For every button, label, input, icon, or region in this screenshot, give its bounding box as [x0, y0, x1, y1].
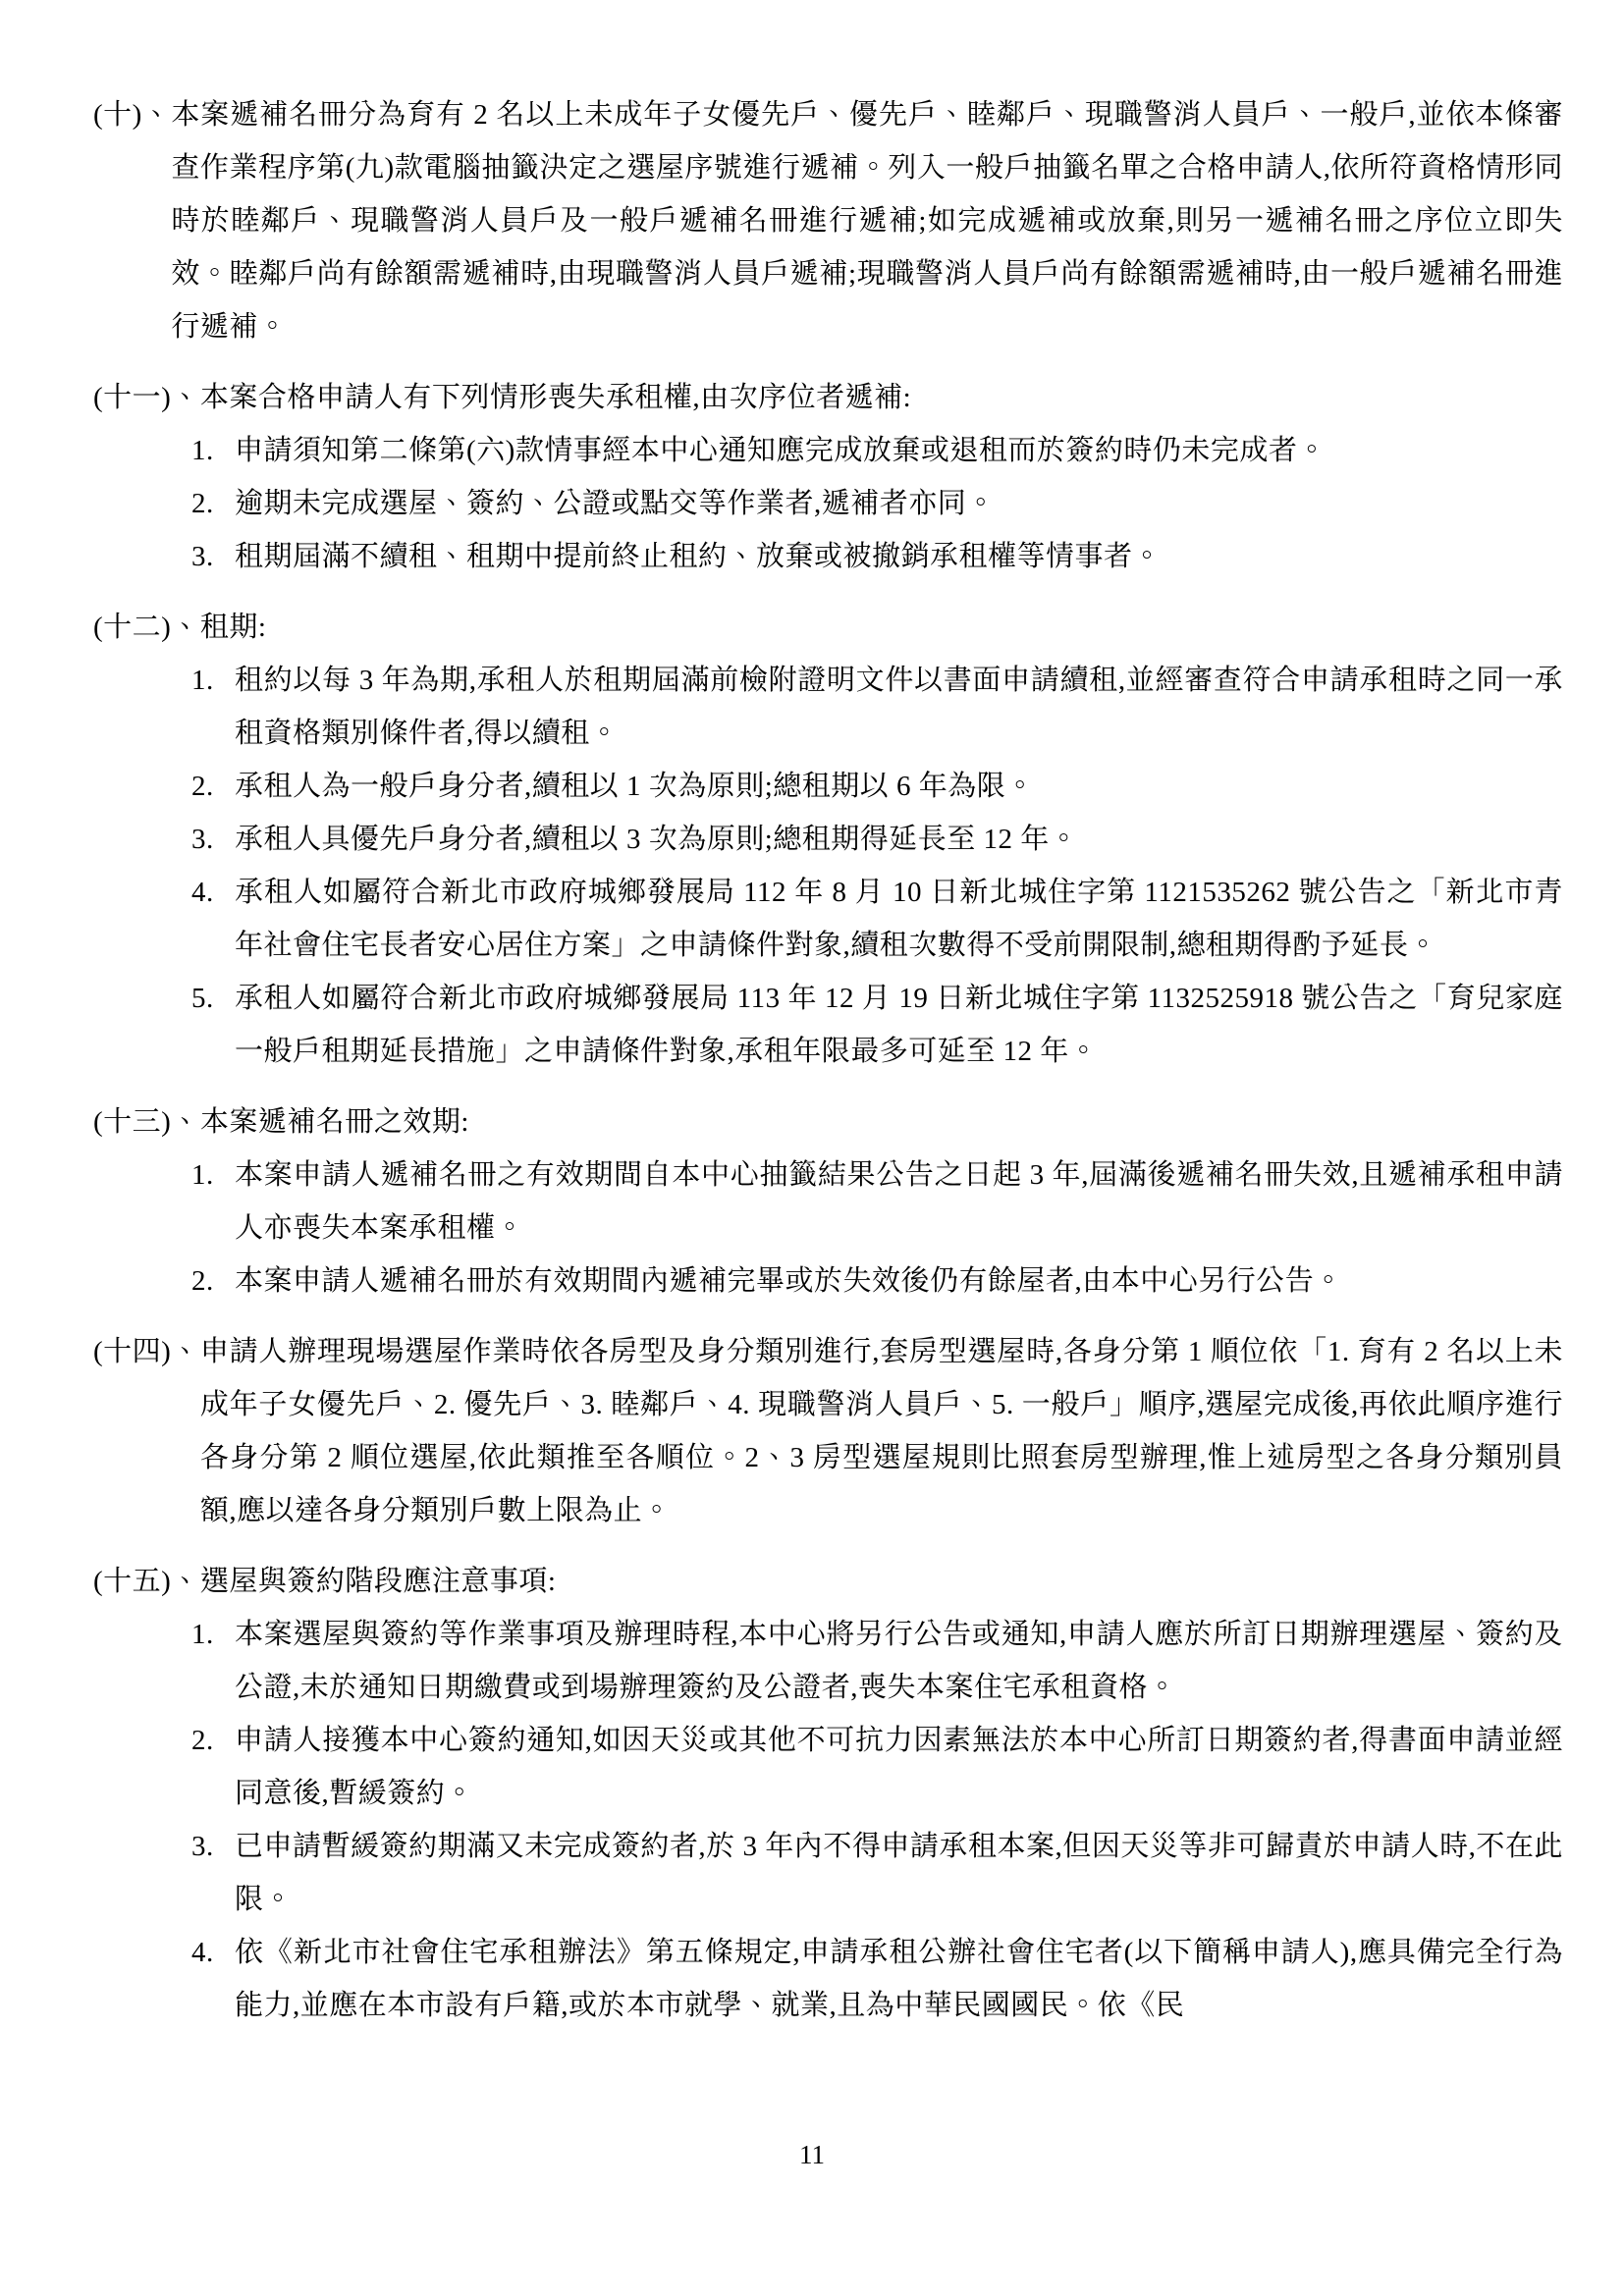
subitem-text: 本案申請人遞補名冊於有效期間內遞補完畢或於失效後仍有餘屋者,由本中心另行公告。	[235, 1255, 1563, 1308]
subitem-text: 申請須知第二條第(六)款情事經本中心通知應完成放棄或退租而於簽約時仍未完成者。	[235, 424, 1563, 477]
subitem-number: 1.	[191, 1148, 235, 1201]
item-text: 申請人辦理現場選屋作業時依各房型及身分類別進行,套房型選屋時,各身分第 1 順位…	[200, 1325, 1563, 1537]
item-label: (十)、	[93, 88, 171, 141]
list-entry: (十四)、 申請人辦理現場選屋作業時依各房型及身分類別進行,套房型選屋時,各身分…	[93, 1325, 1563, 1537]
list-subentry: 2. 承租人為一般戶身分者,續租以 1 次為原則;總租期以 6 年為限。	[93, 760, 1563, 813]
list-subentry: 2. 本案申請人遞補名冊於有效期間內遞補完畢或於失效後仍有餘屋者,由本中心另行公…	[93, 1255, 1563, 1308]
document-page: (十)、 本案遞補名冊分為育有 2 名以上未成年子女優先戶、優先戶、睦鄰戶、現職…	[0, 0, 1624, 2296]
subitem-number: 1.	[191, 424, 235, 477]
item-text: 選屋與簽約階段應注意事項:	[200, 1555, 1563, 1608]
list-subentry: 1. 本案選屋與簽約等作業事項及辦理時程,本中心將另行公告或通知,申請人應於所訂…	[93, 1608, 1563, 1714]
list-subentry: 1. 申請須知第二條第(六)款情事經本中心通知應完成放棄或退租而於簽約時仍未完成…	[93, 424, 1563, 477]
item-text: 租期:	[200, 601, 1563, 654]
subitem-text: 承租人如屬符合新北市政府城鄉發展局 112 年 8 月 10 日新北城住字第 1…	[235, 866, 1563, 972]
page-footer: 11	[0, 2140, 1624, 2169]
list-subentry: 3. 承租人具優先戶身分者,續租以 3 次為原則;總租期得延長至 12 年。	[93, 813, 1563, 866]
subitem-text: 本案申請人遞補名冊之有效期間自本中心抽籤結果公告之日起 3 年,屆滿後遞補名冊失…	[235, 1148, 1563, 1255]
list-subentry: 4. 依《新北市社會住宅承租辦法》第五條規定,申請承租公辦社會住宅者(以下簡稱申…	[93, 1926, 1563, 2032]
subitem-number: 1.	[191, 654, 235, 707]
list-subentry: 3. 租期屆滿不續租、租期中提前終止租約、放棄或被撤銷承租權等情事者。	[93, 530, 1563, 583]
subitem-text: 租約以每 3 年為期,承租人於租期屆滿前檢附證明文件以書面申請續租,並經審查符合…	[235, 654, 1563, 760]
item-label: (十五)、	[93, 1555, 200, 1608]
list-subentry: 1. 本案申請人遞補名冊之有效期間自本中心抽籤結果公告之日起 3 年,屆滿後遞補…	[93, 1148, 1563, 1255]
subitem-number: 2.	[191, 477, 235, 530]
subitem-text: 依《新北市社會住宅承租辦法》第五條規定,申請承租公辦社會住宅者(以下簡稱申請人)…	[235, 1926, 1563, 2032]
subitem-number: 3.	[191, 530, 235, 583]
list-subentry: 1. 租約以每 3 年為期,承租人於租期屆滿前檢附證明文件以書面申請續租,並經審…	[93, 654, 1563, 760]
subitem-text: 承租人為一般戶身分者,續租以 1 次為原則;總租期以 6 年為限。	[235, 760, 1563, 813]
subitem-number: 1.	[191, 1608, 235, 1661]
subitem-text: 租期屆滿不續租、租期中提前終止租約、放棄或被撤銷承租權等情事者。	[235, 530, 1563, 583]
subitem-text: 本案選屋與簽約等作業事項及辦理時程,本中心將另行公告或通知,申請人應於所訂日期辦…	[235, 1608, 1563, 1714]
item-label: (十一)、	[93, 371, 200, 424]
item-text: 本案遞補名冊分為育有 2 名以上未成年子女優先戶、優先戶、睦鄰戶、現職警消人員戶…	[171, 88, 1563, 353]
subitem-text: 申請人接獲本中心簽約通知,如因天災或其他不可抗力因素無法於本中心所訂日期簽約者,…	[235, 1714, 1563, 1820]
list-subentry: 4. 承租人如屬符合新北市政府城鄉發展局 112 年 8 月 10 日新北城住字…	[93, 866, 1563, 972]
list-subentry: 3. 已申請暫緩簽約期滿又未完成簽約者,於 3 年內不得申請承租本案,但因天災等…	[93, 1820, 1563, 1926]
item-label: (十二)、	[93, 601, 200, 654]
list-subentry: 5. 承租人如屬符合新北市政府城鄉發展局 113 年 12 月 19 日新北城住…	[93, 972, 1563, 1078]
list-entry: (十)、 本案遞補名冊分為育有 2 名以上未成年子女優先戶、優先戶、睦鄰戶、現職…	[93, 88, 1563, 353]
list-subentry: 2. 逾期未完成選屋、簽約、公證或點交等作業者,遞補者亦同。	[93, 477, 1563, 530]
item-text: 本案合格申請人有下列情形喪失承租權,由次序位者遞補:	[200, 371, 1563, 424]
subitem-number: 2.	[191, 760, 235, 813]
subitem-number: 2.	[191, 1255, 235, 1308]
subitem-number: 5.	[191, 972, 235, 1025]
subitem-number: 4.	[191, 866, 235, 919]
item-label: (十四)、	[93, 1325, 200, 1378]
subitem-number: 4.	[191, 1926, 235, 1979]
subitem-number: 2.	[191, 1714, 235, 1767]
page-number: 11	[799, 2140, 825, 2169]
subitem-number: 3.	[191, 813, 235, 866]
item-text: 本案遞補名冊之效期:	[200, 1095, 1563, 1148]
list-entry: (十五)、 選屋與簽約階段應注意事項:	[93, 1555, 1563, 1608]
subitem-number: 3.	[191, 1820, 235, 1873]
subitem-text: 承租人具優先戶身分者,續租以 3 次為原則;總租期得延長至 12 年。	[235, 813, 1563, 866]
subitem-text: 已申請暫緩簽約期滿又未完成簽約者,於 3 年內不得申請承租本案,但因天災等非可歸…	[235, 1820, 1563, 1926]
document-content: (十)、 本案遞補名冊分為育有 2 名以上未成年子女優先戶、優先戶、睦鄰戶、現職…	[93, 71, 1563, 2032]
list-subentry: 2. 申請人接獲本中心簽約通知,如因天災或其他不可抗力因素無法於本中心所訂日期簽…	[93, 1714, 1563, 1820]
item-label: (十三)、	[93, 1095, 200, 1148]
subitem-text: 逾期未完成選屋、簽約、公證或點交等作業者,遞補者亦同。	[235, 477, 1563, 530]
list-entry: (十二)、 租期:	[93, 601, 1563, 654]
list-entry: (十一)、 本案合格申請人有下列情形喪失承租權,由次序位者遞補:	[93, 371, 1563, 424]
list-entry: (十三)、 本案遞補名冊之效期:	[93, 1095, 1563, 1148]
subitem-text: 承租人如屬符合新北市政府城鄉發展局 113 年 12 月 19 日新北城住字第 …	[235, 972, 1563, 1078]
